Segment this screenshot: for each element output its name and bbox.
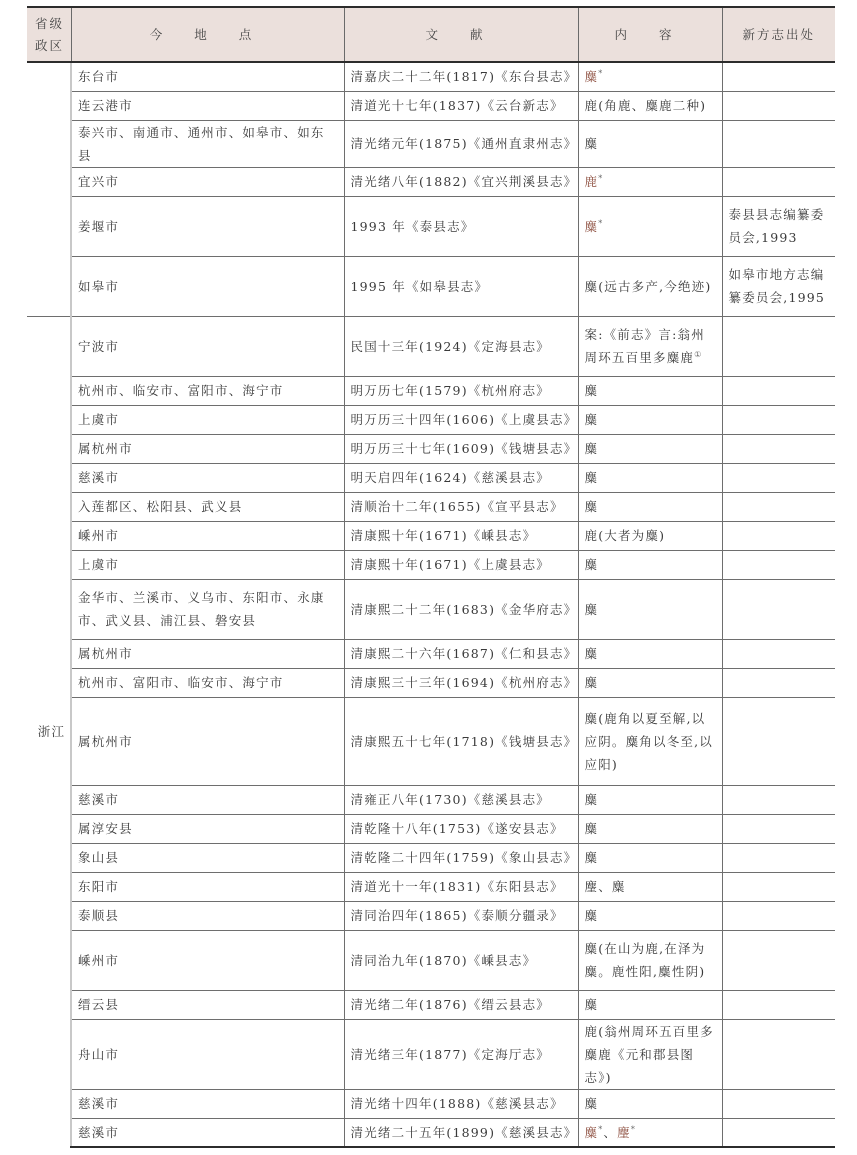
footnote-marker: * [598,218,603,227]
location-cell: 属杭州市 [71,697,344,785]
new-gazetteer-cell [722,316,835,376]
location-cell: 泰兴市、南通市、通州市、如皋市、如东县 [71,120,344,167]
content-cell: 鹿(翁州周环五百里多麋鹿《元和郡县图志》) [578,1019,722,1089]
location-cell: 如皋市 [71,256,344,316]
literature-cell: 清光绪三年(1877)《定海厅志》 [344,1019,578,1089]
new-gazetteer-cell [722,405,835,434]
table-row: 属杭州市明万历三十七年(1609)《钱塘县志》麋 [27,434,835,463]
new-gazetteer-cell [722,785,835,814]
new-gazetteer-cell [722,167,835,196]
content-text: 麋 [585,136,599,151]
literature-cell: 清光绪二十五年(1899)《慈溪县志》 [344,1118,578,1147]
content-text: 麋 [585,997,599,1012]
new-gazetteer-cell [722,930,835,990]
content-text: 麋 [585,908,599,923]
header-location: 今 地 点 [71,7,344,62]
content-cell: 麋 [578,639,722,668]
new-gazetteer-cell [722,1118,835,1147]
location-cell: 嵊州市 [71,930,344,990]
content-text: 麋(在山为鹿,在泽为麋。鹿性阳,麋性阴) [585,941,706,979]
location-cell: 宁波市 [71,316,344,376]
table-row: 舟山市清光绪三年(1877)《定海厅志》鹿(翁州周环五百里多麋鹿《元和郡县图志》… [27,1019,835,1089]
content-cell: 麋 [578,463,722,492]
footnote-marker: * [598,69,603,78]
literature-cell: 清嘉庆二十二年(1817)《东台县志》 [344,62,578,91]
literature-cell: 民国十三年(1924)《定海县志》 [344,316,578,376]
content-cell: 麋 [578,492,722,521]
new-gazetteer-cell [722,91,835,120]
province-cell [27,62,71,316]
content-cell: 麋 [578,668,722,697]
literature-cell: 明天启四年(1624)《慈溪县志》 [344,463,578,492]
table-row: 入莲都区、松阳县、武义县清顺治十二年(1655)《宣平县志》麋 [27,492,835,521]
header-province: 省级政区 [27,7,71,62]
new-gazetteer-cell [722,1089,835,1118]
content-text: 案:《前志》言:翁州周环五百里多麋鹿 [585,327,705,365]
location-cell: 连云港市 [71,91,344,120]
new-gazetteer-cell [722,843,835,872]
header-literature: 文 献 [344,7,578,62]
new-gazetteer-cell [722,872,835,901]
table-header-row: 省级政区 今 地 点 文 献 内 容 新方志出处 [27,7,835,62]
footnote-marker: * [631,1125,636,1134]
content-cell: 麋*、麈* [578,1118,722,1147]
location-cell: 杭州市、临安市、富阳市、海宁市 [71,376,344,405]
location-cell: 缙云县 [71,990,344,1019]
literature-cell: 明万历七年(1579)《杭州府志》 [344,376,578,405]
table-row: 嵊州市清康熙十年(1671)《嵊县志》鹿(大者为麋) [27,521,835,550]
literature-cell: 清道光十一年(1831)《东阳县志》 [344,872,578,901]
location-cell: 宜兴市 [71,167,344,196]
table-row: 泰兴市、南通市、通州市、如皋市、如东县清光绪元年(1875)《通州直隶州志》麋 [27,120,835,167]
literature-cell: 清康熙十年(1671)《嵊县志》 [344,521,578,550]
new-gazetteer-cell [722,463,835,492]
new-gazetteer-cell [722,376,835,405]
location-cell: 舟山市 [71,1019,344,1089]
content-text-2: 麈 [617,1125,631,1140]
content-text: 麋 [585,499,599,514]
table-row: 杭州市、临安市、富阳市、海宁市明万历七年(1579)《杭州府志》麋 [27,376,835,405]
content-text: 麋 [585,1125,599,1140]
new-gazetteer-cell [722,550,835,579]
content-text: 鹿 [585,174,599,189]
content-text: 麋(鹿角以夏至解,以应阴。麋角以冬至,以应阳) [585,711,713,772]
content-cell: 麋 [578,785,722,814]
literature-cell: 清同治九年(1870)《嵊县志》 [344,930,578,990]
content-cell: 麋 [578,405,722,434]
new-gazetteer-cell [722,579,835,639]
new-gazetteer-cell [722,120,835,167]
location-cell: 属淳安县 [71,814,344,843]
literature-cell: 清乾隆十八年(1753)《遂安县志》 [344,814,578,843]
literature-cell: 清雍正八年(1730)《慈溪县志》 [344,785,578,814]
literature-cell: 1993 年《泰县志》 [344,196,578,256]
literature-cell: 清康熙二十二年(1683)《金华府志》 [344,579,578,639]
content-text: 鹿(角鹿、麋鹿二种) [585,98,707,113]
new-gazetteer-cell [722,668,835,697]
footnote-marker: * [598,174,603,183]
content-cell: 麋 [578,901,722,930]
location-cell: 上虞市 [71,550,344,579]
literature-cell: 清光绪元年(1875)《通州直隶州志》 [344,120,578,167]
content-text: 麈、麋 [585,879,626,894]
content-text: 麋 [585,646,599,661]
table-row: 金华市、兰溪市、义乌市、东阳市、永康市、武义县、浦江县、磐安县清康熙二十二年(1… [27,579,835,639]
new-gazetteer-cell [722,521,835,550]
content-cell: 鹿(大者为麋) [578,521,722,550]
content-text: 麋 [585,69,599,84]
table-row: 连云港市清道光十七年(1837)《云台新志》鹿(角鹿、麋鹿二种) [27,91,835,120]
new-gazetteer-cell [722,697,835,785]
table-row: 东阳市清道光十一年(1831)《东阳县志》麈、麋 [27,872,835,901]
content-text: 麋 [585,821,599,836]
table-row: 缙云县清光绪二年(1876)《缙云县志》麋 [27,990,835,1019]
literature-cell: 清顺治十二年(1655)《宣平县志》 [344,492,578,521]
location-cell: 东阳市 [71,872,344,901]
table-row: 上虞市明万历三十四年(1606)《上虞县志》麋 [27,405,835,434]
content-cell: 麋 [578,843,722,872]
new-gazetteer-cell [722,814,835,843]
table-row: 如皋市1995 年《如皋县志》麋(远古多产,今绝迹)如皋市地方志编纂委员会,19… [27,256,835,316]
content-text: 鹿(大者为麋) [585,528,666,543]
header-new-gazetteer: 新方志出处 [722,7,835,62]
table-row: 慈溪市明天启四年(1624)《慈溪县志》麋 [27,463,835,492]
location-cell: 慈溪市 [71,785,344,814]
content-text: 麋 [585,470,599,485]
literature-cell: 清同治四年(1865)《泰顺分疆录》 [344,901,578,930]
literature-cell: 清光绪八年(1882)《宜兴荆溪县志》 [344,167,578,196]
location-cell: 金华市、兰溪市、义乌市、东阳市、永康市、武义县、浦江县、磐安县 [71,579,344,639]
content-cell: 麋 [578,1089,722,1118]
literature-cell: 清光绪二年(1876)《缙云县志》 [344,990,578,1019]
table-row: 属杭州市清康熙五十七年(1718)《钱塘县志》麋(鹿角以夏至解,以应阴。麋角以冬… [27,697,835,785]
content-cell: 麋 [578,814,722,843]
content-cell: 麋 [578,376,722,405]
content-text: 麋 [585,675,599,690]
content-text: 鹿(翁州周环五百里多麋鹿《元和郡县图志》) [585,1024,714,1085]
content-cell: 麋 [578,434,722,463]
content-cell: 案:《前志》言:翁州周环五百里多麋鹿① [578,316,722,376]
literature-cell: 明万历三十七年(1609)《钱塘县志》 [344,434,578,463]
deer-records-table: 省级政区 今 地 点 文 献 内 容 新方志出处 东台市清嘉庆二十二年(1817… [27,6,835,1148]
content-cell: 鹿* [578,167,722,196]
content-text: 麋 [585,792,599,807]
location-cell: 嵊州市 [71,521,344,550]
new-gazetteer-cell [722,492,835,521]
content-cell: 麋(鹿角以夏至解,以应阴。麋角以冬至,以应阳) [578,697,722,785]
table-row: 东台市清嘉庆二十二年(1817)《东台县志》麋* [27,62,835,91]
content-cell: 鹿(角鹿、麋鹿二种) [578,91,722,120]
table-row: 象山县清乾隆二十四年(1759)《象山县志》麋 [27,843,835,872]
location-cell: 属杭州市 [71,639,344,668]
content-cell: 麋 [578,550,722,579]
location-cell: 入莲都区、松阳县、武义县 [71,492,344,521]
location-cell: 姜堰市 [71,196,344,256]
content-text: 麋 [585,557,599,572]
content-cell: 麋(远古多产,今绝迹) [578,256,722,316]
literature-cell: 清乾隆二十四年(1759)《象山县志》 [344,843,578,872]
table-row: 属杭州市清康熙二十六年(1687)《仁和县志》麋 [27,639,835,668]
content-cell: 麋* [578,62,722,91]
location-cell: 慈溪市 [71,1118,344,1147]
table-row: 属淳安县清乾隆十八年(1753)《遂安县志》麋 [27,814,835,843]
new-gazetteer-cell [722,639,835,668]
new-gazetteer-cell [722,1019,835,1089]
location-cell: 属杭州市 [71,434,344,463]
new-gazetteer-cell: 如皋市地方志编纂委员会,1995 [722,256,835,316]
content-text: 麋 [585,1096,599,1111]
table-row: 上虞市清康熙十年(1671)《上虞县志》麋 [27,550,835,579]
content-cell: 麋 [578,120,722,167]
new-gazetteer-cell [722,990,835,1019]
literature-cell: 清康熙三十三年(1694)《杭州府志》 [344,668,578,697]
content-text: 麋 [585,412,599,427]
footnote-marker: ① [694,350,702,359]
location-cell: 慈溪市 [71,1089,344,1118]
header-content: 内 容 [578,7,722,62]
table-row: 宜兴市清光绪八年(1882)《宜兴荆溪县志》鹿* [27,167,835,196]
content-cell: 麋(在山为鹿,在泽为麋。鹿性阳,麋性阴) [578,930,722,990]
location-cell: 东台市 [71,62,344,91]
table-row: 杭州市、富阳市、临安市、海宁市清康熙三十三年(1694)《杭州府志》麋 [27,668,835,697]
location-cell: 杭州市、富阳市、临安市、海宁市 [71,668,344,697]
content-text: 麋 [585,850,599,865]
literature-cell: 清康熙二十六年(1687)《仁和县志》 [344,639,578,668]
literature-cell: 清道光十七年(1837)《云台新志》 [344,91,578,120]
table-row: 嵊州市清同治九年(1870)《嵊县志》麋(在山为鹿,在泽为麋。鹿性阳,麋性阴) [27,930,835,990]
table-row: 慈溪市清光绪二十五年(1899)《慈溪县志》麋*、麈* [27,1118,835,1147]
table-row: 姜堰市1993 年《泰县志》麋*泰县县志编纂委员会,1993 [27,196,835,256]
province-cell: 浙江 [27,316,71,1147]
content-cell: 麈、麋 [578,872,722,901]
literature-cell: 清康熙十年(1671)《上虞县志》 [344,550,578,579]
literature-cell: 明万历三十四年(1606)《上虞县志》 [344,405,578,434]
table-row: 慈溪市清雍正八年(1730)《慈溪县志》麋 [27,785,835,814]
content-cell: 麋 [578,579,722,639]
content-text: 麋 [585,219,599,234]
content-cell: 麋 [578,990,722,1019]
literature-cell: 清光绪十四年(1888)《慈溪县志》 [344,1089,578,1118]
literature-cell: 1995 年《如皋县志》 [344,256,578,316]
content-text: 麋 [585,383,599,398]
content-text: 麋 [585,602,599,617]
new-gazetteer-cell: 泰县县志编纂委员会,1993 [722,196,835,256]
literature-cell: 清康熙五十七年(1718)《钱塘县志》 [344,697,578,785]
table-row: 浙江宁波市民国十三年(1924)《定海县志》案:《前志》言:翁州周环五百里多麋鹿… [27,316,835,376]
new-gazetteer-cell [722,62,835,91]
location-cell: 慈溪市 [71,463,344,492]
content-text: 麋 [585,441,599,456]
location-cell: 上虞市 [71,405,344,434]
location-cell: 象山县 [71,843,344,872]
new-gazetteer-cell [722,901,835,930]
separator: 、 [603,1125,617,1140]
table-row: 泰顺县清同治四年(1865)《泰顺分疆录》麋 [27,901,835,930]
location-cell: 泰顺县 [71,901,344,930]
new-gazetteer-cell [722,434,835,463]
content-cell: 麋* [578,196,722,256]
content-text: 麋(远古多产,今绝迹) [585,279,712,294]
table-row: 慈溪市清光绪十四年(1888)《慈溪县志》麋 [27,1089,835,1118]
